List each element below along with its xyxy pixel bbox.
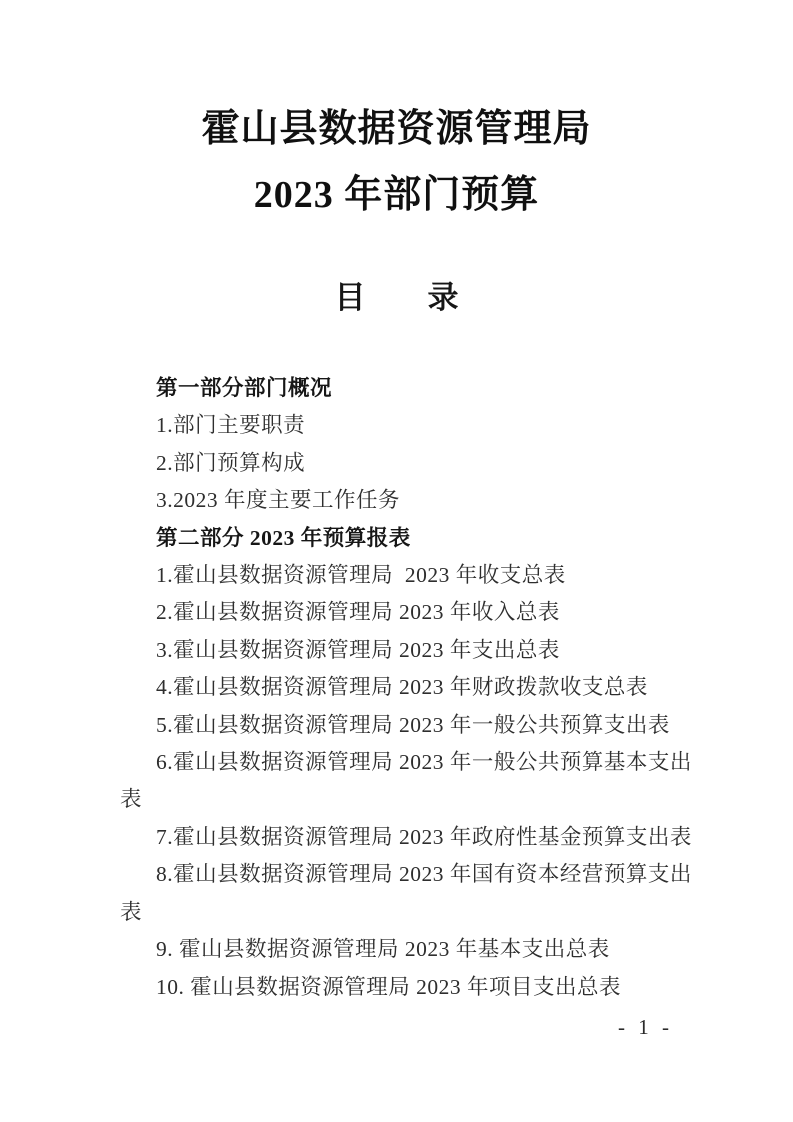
toc-item: 5.霍山县数据资源管理局 2023 年一般公共预算支出表 [120,707,688,744]
toc-item: 3.霍山县数据资源管理局 2023 年支出总表 [120,632,688,669]
toc-item: 4.霍山县数据资源管理局 2023 年财政拨款收支总表 [120,669,688,706]
toc-section-2-heading: 第二部分 2023 年预算报表 [120,520,688,557]
toc-item: 6.霍山县数据资源管理局 2023 年一般公共预算基本支出 表 [120,744,688,819]
toc-item: 10. 霍山县数据资源管理局 2023 年项目支出总表 [120,969,688,1006]
toc-section-1-heading: 第一部分部门概况 [120,370,688,407]
toc-heading: 目 录 [0,276,793,320]
document-title: 霍山县数据资源管理局 2023 年部门预算 [0,96,793,228]
toc-item: 3.2023 年度主要工作任务 [120,482,688,519]
toc-item: 1.部门主要职责 [120,407,688,444]
toc-item: 8.霍山县数据资源管理局 2023 年国有资本经营预算支出 表 [120,856,688,931]
toc-item: 2.霍山县数据资源管理局 2023 年收入总表 [120,594,688,631]
toc-item: 1.霍山县数据资源管理局 2023 年收支总表 [120,557,688,594]
document-page: 霍山县数据资源管理局 2023 年部门预算 目 录 第一部分部门概况 1.部门主… [0,0,793,1122]
toc-item: 7.霍山县数据资源管理局 2023 年政府性基金预算支出表 [120,819,688,856]
document-title-line-1: 霍山县数据资源管理局 [0,96,793,162]
toc-item: 9. 霍山县数据资源管理局 2023 年基本支出总表 [120,931,688,968]
document-title-line-2: 2023 年部门预算 [0,162,793,228]
table-of-contents: 第一部分部门概况 1.部门主要职责 2.部门预算构成 3.2023 年度主要工作… [120,370,688,1006]
page-number: - 1 - [618,1012,673,1042]
toc-item: 2.部门预算构成 [120,445,688,482]
